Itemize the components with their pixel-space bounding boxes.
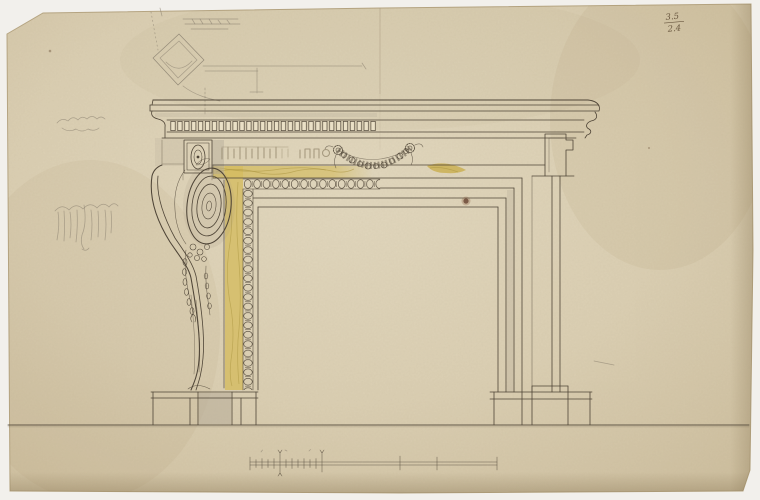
fraction-numerator: 3.5 (665, 12, 679, 23)
dentil-course (170, 121, 376, 131)
under-shelf-shading (155, 113, 377, 117)
egg-and-dart-horizontal (243, 179, 380, 189)
scanned-drawing-sheet: 3.5 2.4 (0, 0, 760, 500)
fraction-denominator: 2.4 (666, 24, 681, 35)
pilaster-recess-shading (507, 190, 513, 392)
egg-and-dart-vertical (243, 189, 253, 390)
frieze-end-shading (155, 138, 183, 166)
drawing-svg: 3.5 2.4 (0, 0, 760, 500)
